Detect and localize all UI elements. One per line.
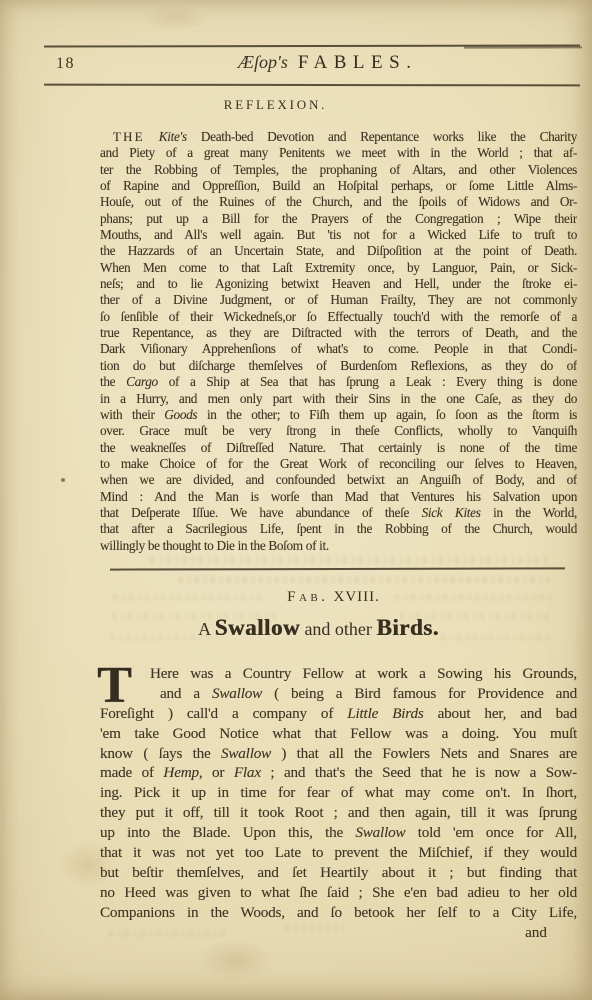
fable-label: Fab. bbox=[287, 589, 328, 605]
page-number: 18 bbox=[56, 55, 75, 73]
italic-word: Hemp bbox=[163, 764, 198, 781]
text-line: ther of a Divine Judgment, or of Human F… bbox=[100, 292, 577, 308]
text-line: and Piety of a great many Penitents we m… bbox=[100, 145, 577, 161]
text-line: the weakneſſes of Diſtreſſed Nature. Tha… bbox=[100, 440, 577, 456]
running-header-title: FABLES. bbox=[298, 52, 418, 73]
blackletter-word: Swallow bbox=[215, 615, 300, 640]
text-line: in a Hurry, and men only part with their… bbox=[100, 391, 577, 407]
book-page: 18 Æſop'sFABLES. REFLEXION. THE Kite's D… bbox=[0, 0, 592, 1000]
italic-word: Sick Kites bbox=[422, 505, 481, 520]
text-line: neſs; and to lie Agonizing betwixt Heave… bbox=[100, 276, 577, 292]
text-line: up into the Blade. Upon this, the Swallo… bbox=[100, 823, 577, 843]
fable-title: A Swallow and other Birds. bbox=[80, 615, 557, 641]
reflexion-heading: REFLEXION. bbox=[37, 97, 514, 113]
text-line: over. Grace muſt be very ſtrong in theſe… bbox=[100, 423, 577, 439]
text-line: Dark Viſionary Apprehenſions of what's t… bbox=[100, 341, 577, 357]
text-line: Companions in the Woods, and ſo betook h… bbox=[100, 903, 577, 923]
bleedthrough-smudge bbox=[178, 576, 550, 583]
running-header: Æſop'sFABLES. bbox=[238, 52, 417, 74]
text-line: the Hazzards of an Uncertain State, and … bbox=[100, 243, 577, 259]
text-line: to make Choice of for the Great Work of … bbox=[100, 456, 577, 472]
text-line: but beſtir themſelves, and ſet Heartily … bbox=[100, 863, 577, 883]
italic-word: Swallow bbox=[212, 685, 262, 702]
text-line: know ( ſays the Swallow ) that all the F… bbox=[100, 744, 577, 764]
text-line: that it was not yet too Late to prevent … bbox=[100, 843, 577, 863]
text-line: no Heed was given to what ſhe ſaid ; She… bbox=[100, 883, 577, 903]
reflexion-paragraph: THE Kite's Death-bed Devotion and Repent… bbox=[100, 129, 577, 554]
text-line: When Men come to that Laſt Extremity onc… bbox=[100, 260, 577, 276]
text-line: with their Goods in the other; to Fiſh t… bbox=[100, 407, 577, 423]
text-line: Foreſight ) call'd a company of Little B… bbox=[100, 704, 577, 724]
paper-stain bbox=[140, 5, 210, 31]
text-line: that after a Sacrilegious Life, ſpent in… bbox=[100, 521, 577, 537]
text-line: and a Swallow ( being a Bird famous for … bbox=[100, 684, 577, 704]
fable-paragraph: Here was a Country Fellow at work a Sowi… bbox=[100, 664, 577, 923]
text-line: the Cargo of a Ship at Sea that has ſpru… bbox=[100, 374, 577, 390]
catchword: and bbox=[100, 923, 577, 943]
italic-word: Cargo bbox=[126, 374, 158, 389]
text-line: true Repentance, as they are Diſtracted … bbox=[100, 325, 577, 341]
text-line: of Rapine and Oppreſſion, Build an Hoſpi… bbox=[100, 178, 577, 194]
text-line: Houſe, out of the Ruines of the Church, … bbox=[100, 194, 577, 210]
ink-speck bbox=[61, 478, 65, 482]
italic-word: Kite's bbox=[159, 129, 187, 144]
text-line: THE Kite's Death-bed Devotion and Repent… bbox=[100, 129, 577, 145]
blackletter-word: Birds. bbox=[376, 615, 438, 640]
italic-word: Goods bbox=[164, 407, 197, 422]
italic-word: Little Birds bbox=[347, 705, 423, 722]
bleedthrough-smudge bbox=[150, 557, 550, 564]
header-rule-top bbox=[44, 44, 580, 47]
spaced-caps: THE bbox=[113, 130, 145, 144]
text-line: when we are divided, and confounded betw… bbox=[100, 472, 577, 488]
fable-number-heading: Fab.XVIII. bbox=[95, 589, 572, 606]
text-line: Here was a Country Fellow at work a Sowi… bbox=[100, 664, 577, 684]
text-line: willingly be thought to Die in the Boſom… bbox=[100, 538, 577, 554]
text-line: ing. Pick it up in time for fear of what… bbox=[100, 783, 577, 803]
text-line: tion do but diſcharge themſelves of Burd… bbox=[100, 358, 577, 374]
text-line: ter the Robbing of Temples, the prophani… bbox=[100, 162, 577, 178]
text-line: that Deſperate Iſſue. We have abundance … bbox=[100, 505, 577, 521]
italic-word: Swallow bbox=[355, 824, 405, 841]
italic-word: Swallow bbox=[221, 745, 271, 762]
italic-word: Flax bbox=[234, 764, 261, 781]
text-line: they put it off, till it took Root ; and… bbox=[100, 803, 577, 823]
text-line: 'em take Good Notice what that Fellow wa… bbox=[100, 724, 577, 744]
text-line: ſo ſenſible of their Wickedneſs,or ſo Ef… bbox=[100, 309, 577, 325]
section-rule bbox=[110, 567, 565, 570]
text-line: made of Hemp, or Flax ; and that's the S… bbox=[100, 763, 577, 783]
fable-numeral: XVIII. bbox=[333, 589, 379, 605]
paper-stain bbox=[195, 938, 275, 983]
running-header-author: Æſop's bbox=[238, 52, 288, 72]
text-line: Mind : And the Man is worſe than Mad tha… bbox=[100, 489, 577, 505]
text-line: Mouths, and All's well again. But 'tis n… bbox=[100, 227, 577, 243]
header-rule-bottom bbox=[44, 84, 580, 87]
text-line: phans; put up a Bill for the Prayers of … bbox=[100, 211, 577, 227]
